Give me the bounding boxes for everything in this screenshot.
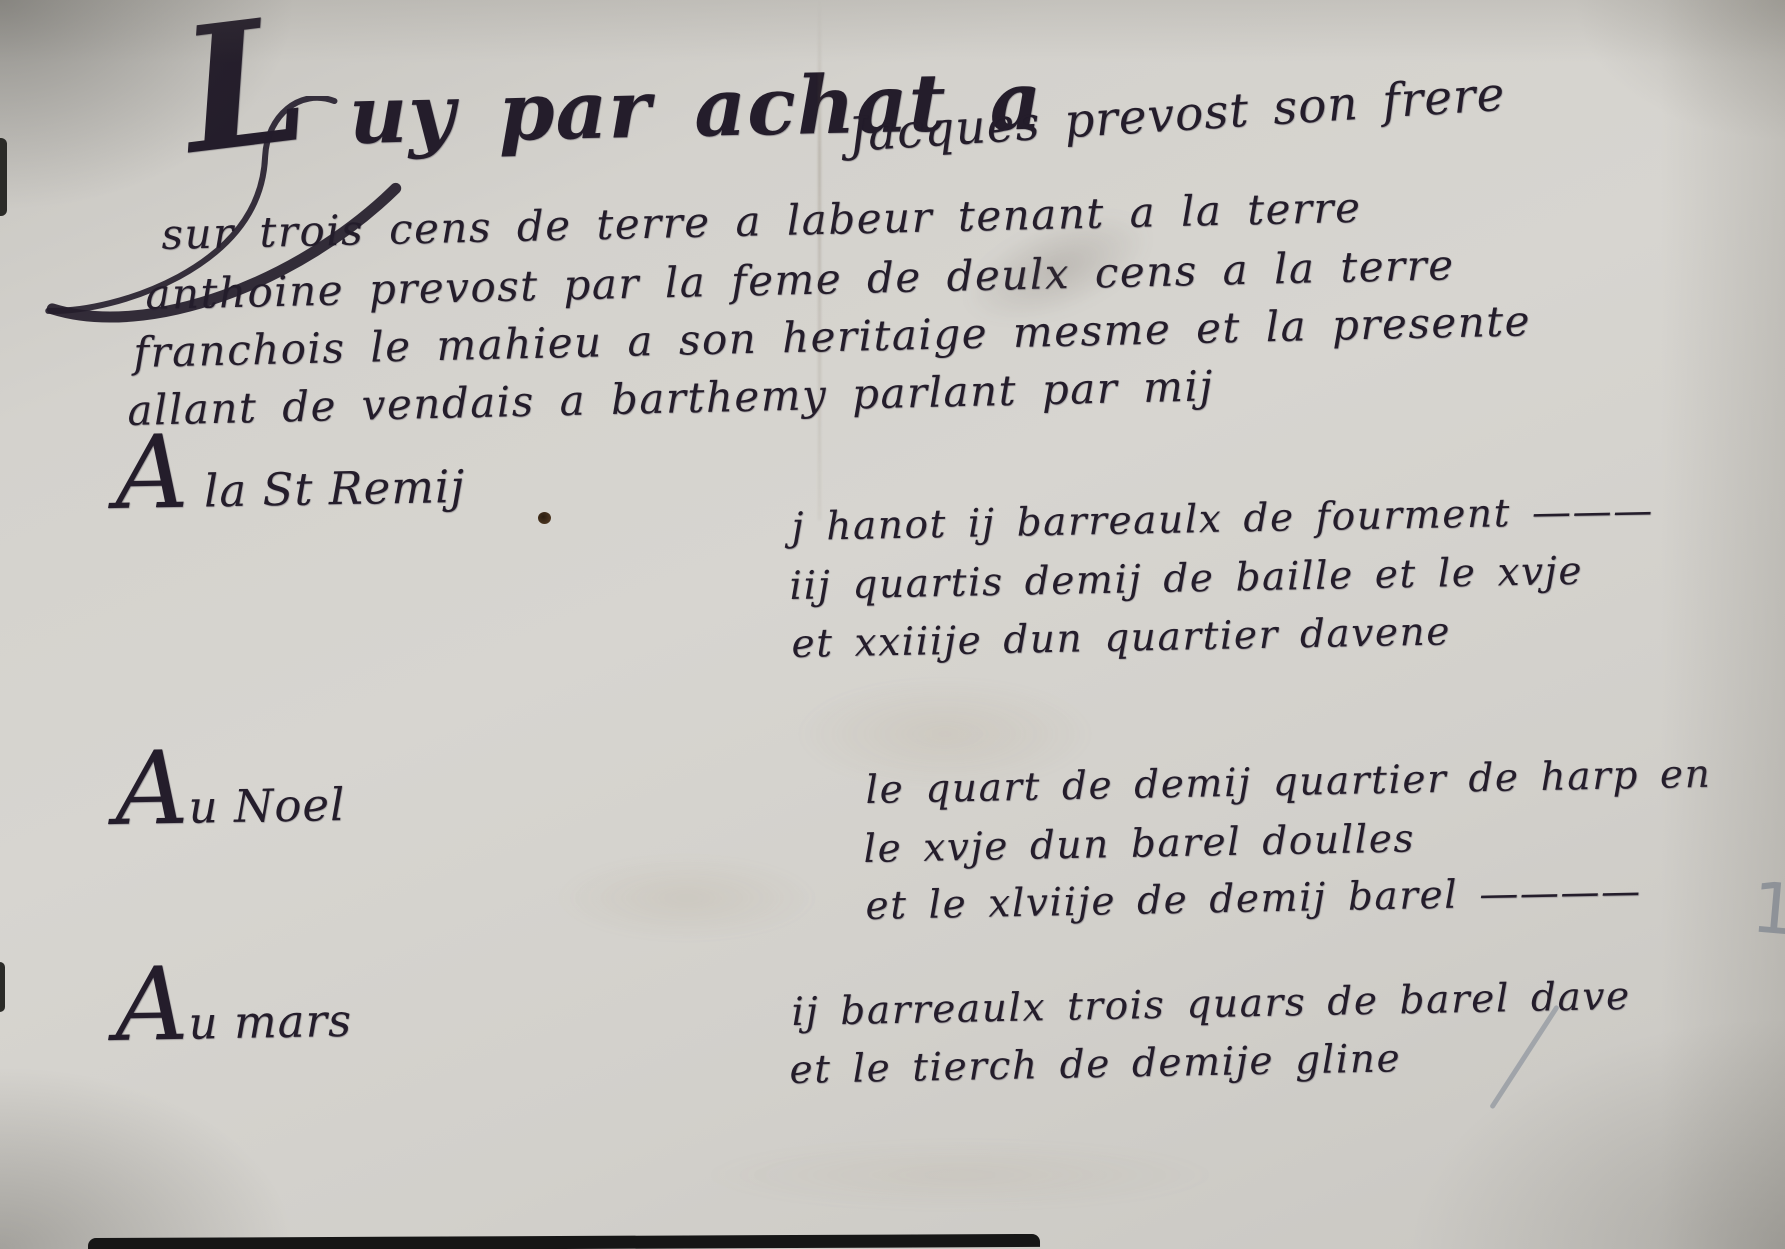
entry-line: j hanot ij barreaulx de fourment ——— [791,488,1654,550]
entry-term-noel: Au Noel [115,778,346,835]
page-edge-nick [0,138,7,216]
manuscript-page: L uy par achat a Jacques prevost son fre… [0,0,1785,1249]
pen-flourish-icon [38,96,420,342]
entry-line: et le xlviije de demij barel ———— [865,869,1642,929]
pencil-page-number: 1 [1749,866,1785,952]
entry-term-st-remy: A la St Remij [115,460,466,519]
ink-blot [538,512,551,524]
page-bottom-edge [88,1234,1040,1249]
paper-crease [818,0,821,520]
page-edge-nick [0,962,5,1012]
entry-line: et le tierch de demije gline [789,1036,1402,1093]
show-through-smudge [556,856,818,940]
show-through-smudge [700,1140,1220,1210]
entry-line: ij barreaulx trois quars de barel dave [791,974,1631,1035]
entry-term-mars: Au mars [115,994,352,1051]
entry-line: iij quartis demij de baille et le xvje [789,549,1583,609]
entry-line: le xvje dun barel doulles [863,816,1415,872]
entry-line: et xxiiije dun quartier davene [791,609,1451,667]
show-through-smudge [795,678,1095,790]
